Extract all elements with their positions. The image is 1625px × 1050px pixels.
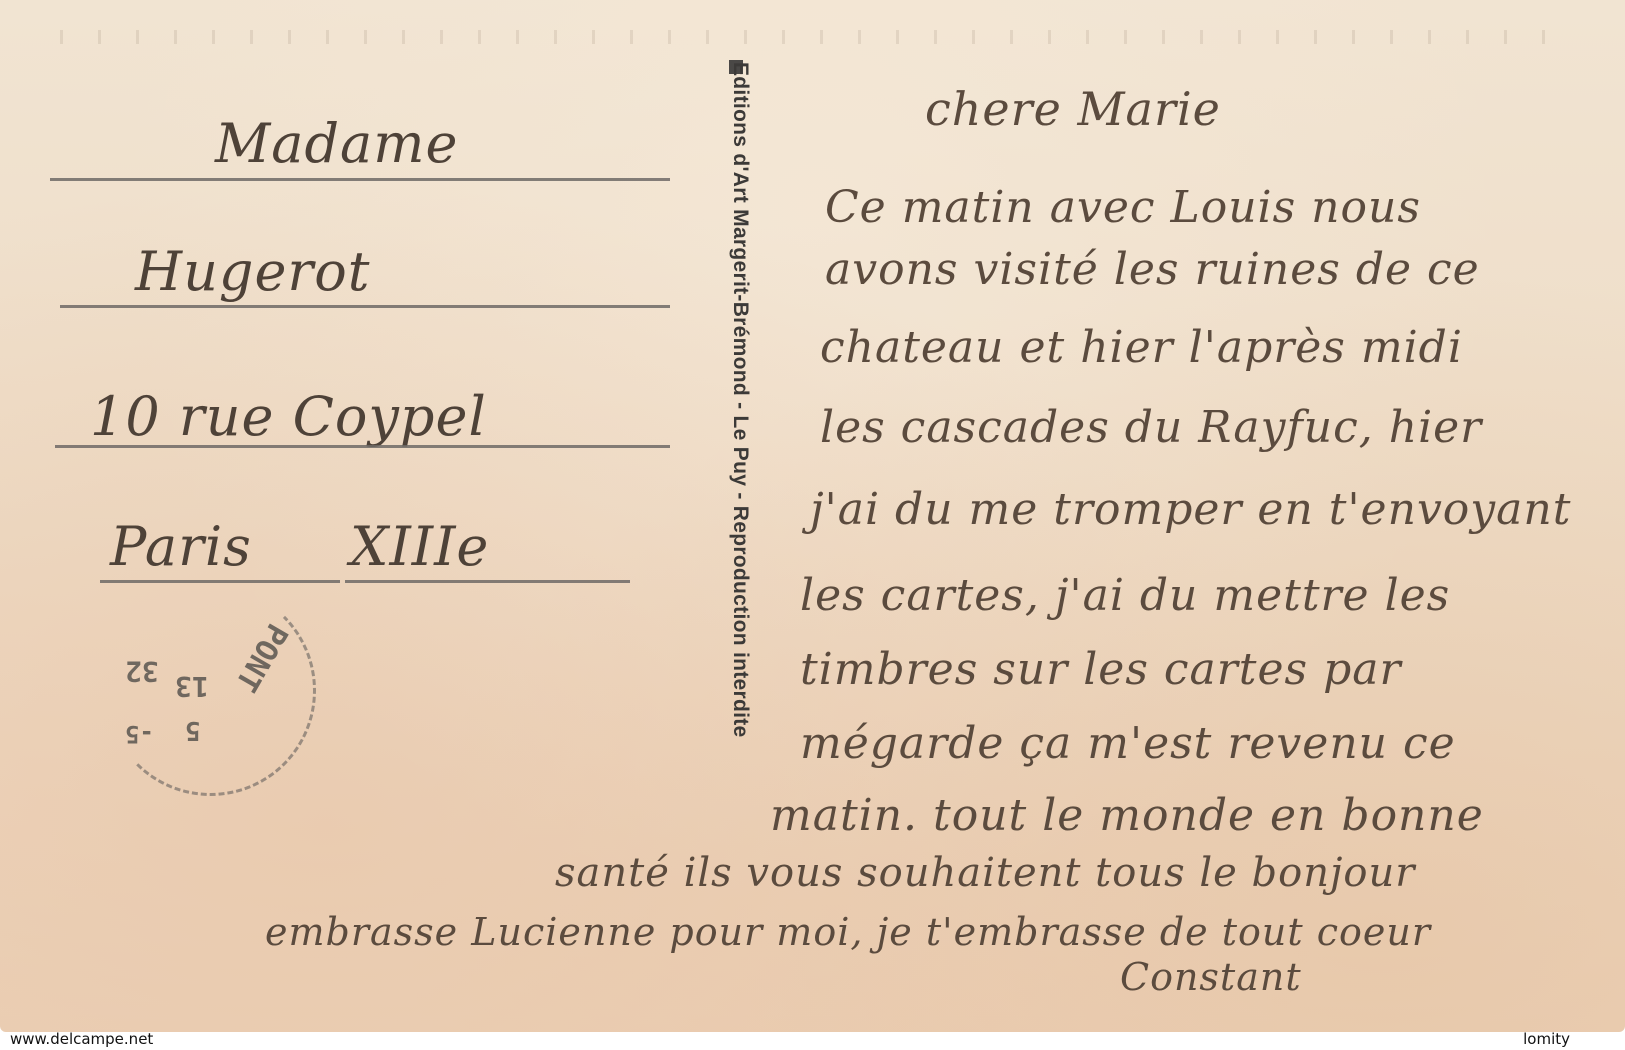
message-line: mégarde ça m'est revenu ce [800,718,1456,769]
address-line-2: Hugerot [135,240,370,303]
address-rule-4b [345,580,630,583]
postmark-month: 5 [185,715,201,745]
message-greeting: chere Marie [925,82,1221,136]
address-line-3: 10 rue Coypel [90,385,487,448]
postmark-day: 13 [175,670,209,703]
message-line: avons visité les ruines de ce [825,244,1480,295]
postmark-year: 32 [125,655,159,688]
postmark-circle [105,585,316,796]
address-line-1: Madame [215,112,458,175]
message-line: chateau et hier l'après midi [820,322,1463,373]
message-line: les cascades du Rayfuc, hier [820,402,1482,453]
faint-printed-header [60,30,1560,44]
message-line: santé ils vous souhaitent tous le bonjou… [555,850,1415,896]
message-line: embrasse Lucienne pour moi, je t'embrass… [265,910,1431,954]
postmark-extra: -5 [125,720,154,748]
watermark-right: lomity [1523,1030,1570,1048]
postcard-back: Madame Hugerot 10 rue Coypel Paris XIIIe… [0,0,1625,1032]
message-line: timbres sur les cartes par [800,644,1402,695]
address-rule-1 [50,178,670,181]
address-district: XIIIe [350,515,489,578]
message-line: j'ai du me tromper en t'envoyant [810,484,1571,535]
watermark-footer [0,1032,1625,1050]
message-line: Ce matin avec Louis nous [825,182,1421,233]
watermark-left: www.delcampe.net [10,1030,153,1048]
address-city: Paris [110,515,252,578]
message-line: matin. tout le monde en bonne [770,790,1484,841]
address-rule-4a [100,580,340,583]
address-rule-3 [55,445,670,448]
address-rule-2 [60,305,670,308]
publisher-line: Editions d'Art Margerit-Brémond - Le Puy… [728,62,752,738]
message-line: les cartes, j'ai du mettre les [800,570,1450,621]
message-signature: Constant [1120,955,1302,999]
